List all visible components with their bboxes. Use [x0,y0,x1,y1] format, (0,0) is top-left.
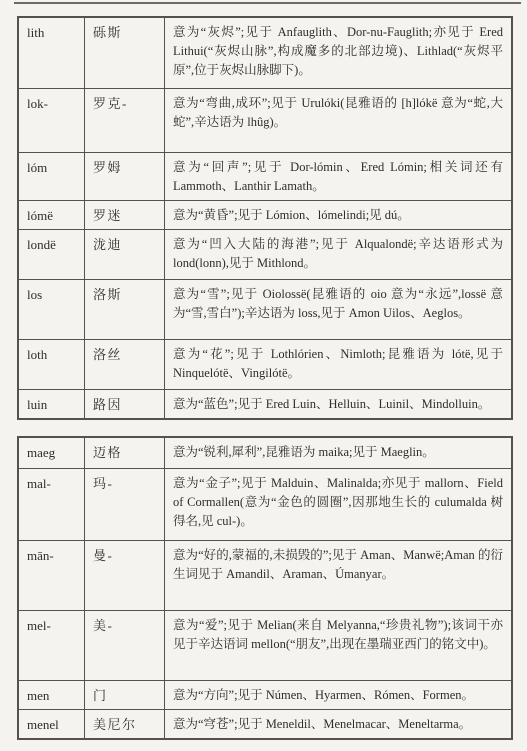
definition-cell: 意为“穹苍”;见于 Meneldil、Menelmacar、Meneltarma… [165,710,511,738]
transliteration-cell: 迈格 [85,438,165,468]
term-cell: mān- [19,541,85,610]
glossary-table-2: maeg迈格意为“锐利,犀利”,昆雅语为 maika;见于 Maeglin。ma… [17,436,513,740]
transliteration-cell: 罗克- [85,89,165,152]
term-cell: lómë [19,201,85,229]
table-row: mal-玛-意为“金子”;见于 Malduin、Malinalda;亦见于 ma… [19,468,511,540]
table-row: lóm罗姆意为“回声”;见于 Dor-lómin、Ered Lómin;相关词还… [19,152,511,200]
term-cell: londë [19,230,85,279]
transliteration-cell: 洛丝 [85,340,165,389]
term-cell: menel [19,710,85,738]
transliteration-cell: 美- [85,611,165,680]
term-cell: los [19,280,85,339]
table-row: mān-曼-意为“好的,蒙福的,未损毁的”;见于 Aman、Manwë;Aman… [19,540,511,610]
definition-cell: 意为“花”;见于 Lothlórien、Nimloth;昆雅语为 lótë,见于… [165,340,511,389]
definition-cell: 意为“好的,蒙福的,未损毁的”;见于 Aman、Manwë;Aman 的衍生词见… [165,541,511,610]
term-cell: lok- [19,89,85,152]
definition-cell: 意为“方向”;见于 Númen、Hyarmen、Rómen、Formen。 [165,681,511,709]
transliteration-cell: 砾斯 [85,18,165,88]
definition-cell: 意为“蓝色”;见于 Ered Luin、Helluin、Luinil、Mindo… [165,390,511,418]
term-cell: luin [19,390,85,418]
table-row: lómë罗迷意为“黄昏”;见于 Lómion、lómelindi;见 dú。 [19,200,511,229]
table-row: maeg迈格意为“锐利,犀利”,昆雅语为 maika;见于 Maeglin。 [19,438,511,468]
transliteration-cell: 泷迪 [85,230,165,279]
definition-cell: 意为“回声”;见于 Dor-lómin、Ered Lómin;相关词还有 Lam… [165,153,511,200]
definition-cell: 意为“雪”;见于 Oiolossë(昆雅语的 oio 意为“永远”,lossë … [165,280,511,339]
definition-cell: 意为“金子”;见于 Malduin、Malinalda;亦见于 mallorn、… [165,469,511,540]
table-row: luin路因意为“蓝色”;见于 Ered Luin、Helluin、Luinil… [19,389,511,418]
table-row: men门意为“方向”;见于 Númen、Hyarmen、Rómen、Formen… [19,680,511,709]
table-row: mel-美-意为“爱”;见于 Melian(来自 Melyanna,“珍贵礼物”… [19,610,511,680]
definition-cell: 意为“灰烬”;见于 Anfauglith、Dor-nu-Fauglith;亦见于… [165,18,511,88]
definition-cell: 意为“凹入大陆的海港”;见于 Alqualondë;辛达语形式为 lond(lo… [165,230,511,279]
table-row: lok-罗克-意为“弯曲,成环”;见于 Urulóki(昆雅语的 [h]lókë… [19,88,511,152]
transliteration-cell: 罗迷 [85,201,165,229]
term-cell: maeg [19,438,85,468]
transliteration-cell: 美尼尔 [85,710,165,738]
previous-row-bottom-rule [14,2,521,4]
term-cell: loth [19,340,85,389]
term-cell: men [19,681,85,709]
transliteration-cell: 玛- [85,469,165,540]
transliteration-cell: 门 [85,681,165,709]
table-row: loth洛丝意为“花”;见于 Lothlórien、Nimloth;昆雅语为 l… [19,339,511,389]
term-cell: lith [19,18,85,88]
table-row: londë泷迪意为“凹入大陆的海港”;见于 Alqualondë;辛达语形式为 … [19,229,511,279]
transliteration-cell: 路因 [85,390,165,418]
table-row: los洛斯意为“雪”;见于 Oiolossë(昆雅语的 oio 意为“永远”,l… [19,279,511,339]
definition-cell: 意为“锐利,犀利”,昆雅语为 maika;见于 Maeglin。 [165,438,511,468]
glossary-table-1: lith砾斯意为“灰烬”;见于 Anfauglith、Dor-nu-Faugli… [17,16,513,420]
transliteration-cell: 洛斯 [85,280,165,339]
transliteration-cell: 曼- [85,541,165,610]
term-cell: mel- [19,611,85,680]
table-row: lith砾斯意为“灰烬”;见于 Anfauglith、Dor-nu-Faugli… [19,18,511,88]
transliteration-cell: 罗姆 [85,153,165,200]
table-row: menel美尼尔意为“穹苍”;见于 Meneldil、Menelmacar、Me… [19,709,511,738]
term-cell: lóm [19,153,85,200]
definition-cell: 意为“爱”;见于 Melian(来自 Melyanna,“珍贵礼物”);该词干亦… [165,611,511,680]
definition-cell: 意为“弯曲,成环”;见于 Urulóki(昆雅语的 [h]lókë 意为“蛇,大… [165,89,511,152]
term-cell: mal- [19,469,85,540]
definition-cell: 意为“黄昏”;见于 Lómion、lómelindi;见 dú。 [165,201,511,229]
scanned-glossary-page: lith砾斯意为“灰烬”;见于 Anfauglith、Dor-nu-Faugli… [0,0,527,751]
